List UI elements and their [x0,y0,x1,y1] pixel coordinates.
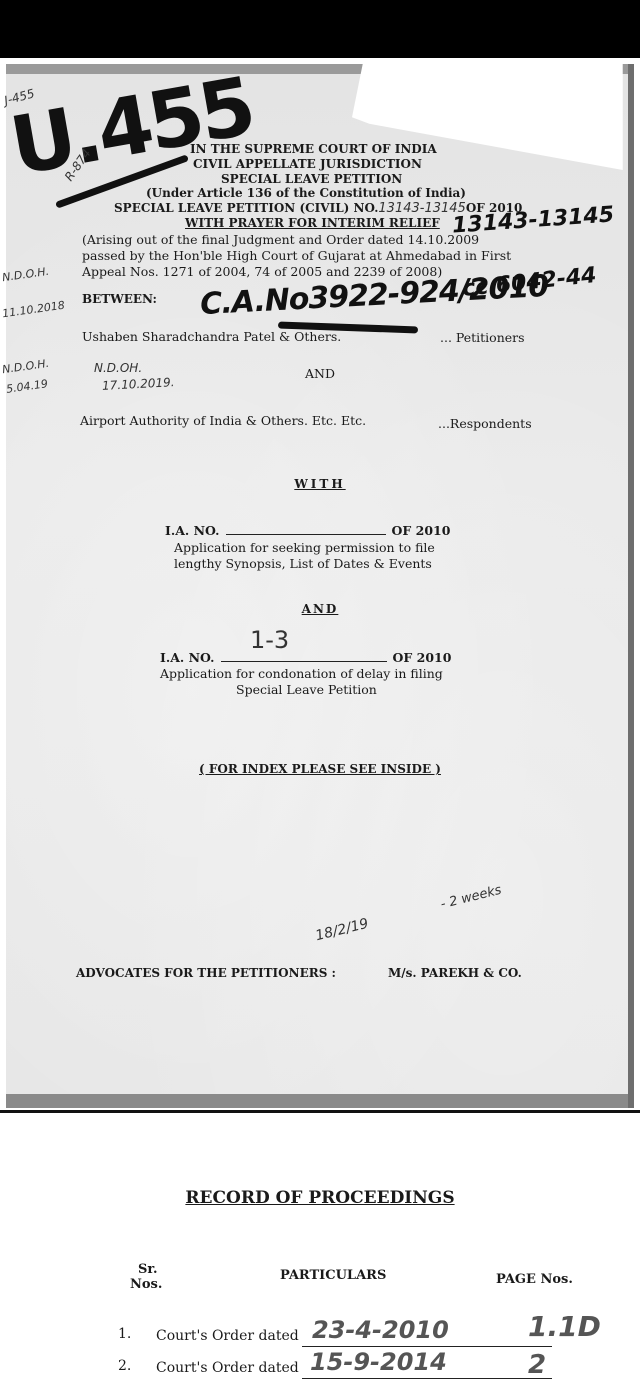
row-label: Court's Order dated [156,1328,299,1344]
row-fill-line [302,1346,552,1347]
petition-type: SPECIAL LEAVE PETITION [221,172,402,186]
article-reference: (Under Article 136 of the Constitution o… [146,186,466,200]
index-note: ( FOR INDEX PLEASE SEE INSIDE ) [0,762,640,776]
jurisdiction: CIVIL APPELLATE JURISDICTION [193,157,422,171]
with-label: WITH [0,477,640,491]
ia1-label: I.A. NO. [165,523,220,538]
ia1-line: I.A. NO.OF 2010 [165,523,450,538]
ia1-desc-1: Application for seeking permission to fi… [174,540,435,555]
ia2-label: I.A. NO. [160,650,215,665]
header-particulars: PARTICULARS [280,1268,386,1283]
row-page: 2 [528,1350,546,1380]
ia2-number-blank [221,650,387,662]
row-date: 23-4-2010 [312,1316,449,1344]
ia2-desc-2: Special Leave Petition [236,682,377,697]
advocates-label: ADVOCATES FOR THE PETITIONERS : [76,966,336,980]
top-black-bar [0,0,640,58]
respondent-name: Airport Authority of India & Others. Etc… [80,413,366,428]
petitioner-role: ... Petitioners [440,330,525,345]
arising-line-2: passed by the Hon'ble High Court of Guja… [82,248,511,263]
ia2-year: OF 2010 [393,650,452,665]
record-title: RECORD OF PROCEEDINGS [0,1188,640,1208]
header-sr-2: Nos. [130,1277,162,1292]
and-label-2: AND [0,602,640,616]
page-bottom-edge [6,1094,628,1108]
ia1-number-blank [226,523,386,535]
header-page-nos: PAGE Nos. [496,1272,573,1287]
ia1-desc-2: lengthy Synopsis, List of Dates & Events [174,556,432,571]
advocates-name: M/s. PAREKH & CO. [388,966,522,980]
ia1-year: OF 2010 [392,523,451,538]
header-sr-1: Sr. [138,1262,158,1277]
arising-line-1: (Arising out of the final Judgment and O… [82,232,479,247]
row-label: Court's Order dated [156,1360,299,1376]
respondent-role: ...Respondents [438,416,532,431]
between-label: BETWEEN: [82,292,157,306]
page-separator [0,1110,640,1113]
petitioner-name: Ushaben Sharadchandra Patel & Others. [82,329,341,344]
row-sr: 1. [118,1326,131,1342]
court-name: IN THE SUPREME COURT OF INDIA [190,142,437,156]
row-date: 15-9-2014 [310,1348,447,1376]
slp-prefix: SPECIAL LEAVE PETITION (CIVIL) NO. [114,201,378,215]
row-fill-line [302,1378,552,1379]
ia2-desc-1: Application for condonation of delay in … [160,666,443,681]
interim-relief: WITH PRAYER FOR INTERIM RELIEF [185,216,440,230]
ia2-line: I.A. NO.OF 2010 [160,650,451,665]
row-sr: 2. [118,1358,131,1374]
row-page: 1.1D [528,1310,601,1343]
and-separator: AND [0,366,640,381]
